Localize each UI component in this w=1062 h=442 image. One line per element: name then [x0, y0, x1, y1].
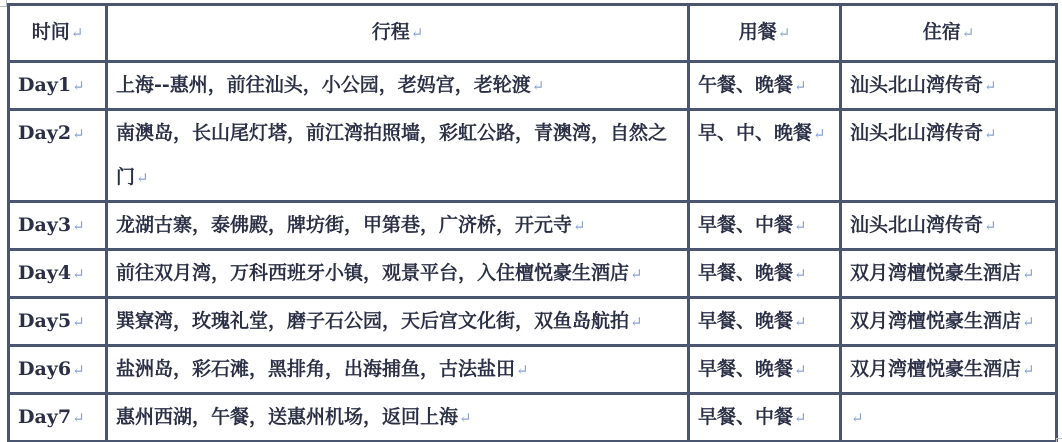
header-stay[interactable]: 住宿↵ — [841, 5, 1057, 62]
route-text: 惠州西湖，午餐，送惠州机场，返回上海 — [116, 406, 458, 428]
day-label: Day5 — [18, 310, 71, 332]
route-text: 巽寮湾，玫瑰礼堂，磨子石公园，天后宫文化街，双鱼岛航拍 — [116, 310, 629, 332]
route-cell[interactable]: 巽寮湾，玫瑰礼堂，磨子石公园，天后宫文化街，双鱼岛航拍↵ — [107, 298, 689, 346]
day-cell[interactable]: Day2↵ — [9, 110, 107, 202]
day-label: Day7 — [18, 406, 71, 428]
header-route[interactable]: 行程↵ — [107, 5, 689, 62]
header-stay-label: 住宿 — [923, 21, 961, 43]
meals-text: 早餐、晚餐 — [698, 358, 793, 380]
header-time-label: 时间 — [32, 21, 70, 43]
meals-text: 早餐、晚餐 — [698, 262, 793, 284]
day-label: Day1 — [18, 74, 71, 96]
day-cell[interactable]: Day6↵ — [9, 346, 107, 394]
day-cell[interactable]: Day7↵ — [9, 394, 107, 442]
stay-text: 双月湾檀悦豪生酒店 — [850, 310, 1021, 332]
stay-text: 汕头北山湾传奇 — [850, 74, 983, 96]
meals-cell[interactable]: 早餐、晚餐↵ — [689, 250, 841, 298]
meals-cell[interactable]: 早餐、中餐↵ — [689, 202, 841, 250]
table-row: Day1↵ 上海--惠州，前往汕头，小公园，老妈宫，老轮渡↵ 午餐、晚餐↵ 汕头… — [9, 62, 1057, 110]
day-label: Day2 — [18, 122, 71, 144]
meals-text: 早餐、中餐 — [698, 406, 793, 428]
paragraph-mark-icon: ↵ — [411, 24, 424, 42]
paragraph-mark-icon: ↵ — [1022, 313, 1035, 331]
route-cell[interactable]: 上海--惠州，前往汕头，小公园，老妈宫，老轮渡↵ — [107, 62, 689, 110]
meals-cell[interactable]: 早餐、晚餐↵ — [689, 346, 841, 394]
table-row: Day2↵ 南澳岛，长山尾灯塔，前江湾拍照墙，彩虹公路，青澳湾，自然之门↵ 早、… — [9, 110, 1057, 202]
meals-text: 早餐、晚餐 — [698, 310, 793, 332]
table-row: Day7↵ 惠州西湖，午餐，送惠州机场，返回上海↵ 早餐、中餐↵ ↵ — [9, 394, 1057, 442]
paragraph-mark-icon: ↵ — [794, 361, 807, 379]
meals-text: 午餐、晚餐 — [698, 74, 793, 96]
paragraph-mark-icon: ↵ — [794, 313, 807, 331]
stay-cell[interactable]: 汕头北山湾传奇↵ — [841, 62, 1057, 110]
stay-cell[interactable]: 双月湾檀悦豪生酒店↵ — [841, 298, 1057, 346]
paragraph-mark-icon: ↵ — [1022, 361, 1035, 379]
table-header-row: 时间↵ 行程↵ 用餐↵ 住宿↵ — [9, 5, 1057, 62]
meals-cell[interactable]: 午餐、晚餐↵ — [689, 62, 841, 110]
stay-cell[interactable]: 双月湾檀悦豪生酒店↵ — [841, 346, 1057, 394]
paragraph-mark-icon: ↵ — [1022, 265, 1035, 283]
day-label: Day3 — [18, 214, 71, 236]
table-row: Day6↵ 盐洲岛，彩石滩，黑排角，出海捕鱼，古法盐田↵ 早餐、晚餐↵ 双月湾檀… — [9, 346, 1057, 394]
stay-text: 双月湾檀悦豪生酒店 — [850, 358, 1021, 380]
paragraph-mark-icon: ↵ — [794, 217, 807, 235]
paragraph-mark-icon: ↵ — [136, 169, 149, 187]
text-boundary-corner-mark — [1056, 438, 1062, 442]
paragraph-mark-icon: ↵ — [532, 77, 545, 95]
day-label: Day4 — [18, 262, 71, 284]
stay-cell[interactable]: 双月湾檀悦豪生酒店↵ — [841, 250, 1057, 298]
paragraph-mark-icon: ↵ — [72, 313, 85, 331]
paragraph-mark-icon: ↵ — [72, 77, 85, 95]
paragraph-mark-icon: ↵ — [851, 409, 864, 427]
paragraph-mark-icon: ↵ — [962, 24, 975, 42]
day-cell[interactable]: Day4↵ — [9, 250, 107, 298]
paragraph-mark-icon: ↵ — [72, 265, 85, 283]
paragraph-mark-icon: ↵ — [794, 409, 807, 427]
header-meals[interactable]: 用餐↵ — [689, 5, 841, 62]
paragraph-mark-icon: ↵ — [813, 125, 826, 143]
paragraph-mark-icon: ↵ — [984, 125, 997, 143]
day-cell[interactable]: Day5↵ — [9, 298, 107, 346]
route-text: 盐洲岛，彩石滩，黑排角，出海捕鱼，古法盐田 — [116, 358, 515, 380]
route-cell[interactable]: 惠州西湖，午餐，送惠州机场，返回上海↵ — [107, 394, 689, 442]
paragraph-mark-icon: ↵ — [72, 125, 85, 143]
paragraph-mark-icon: ↵ — [984, 77, 997, 95]
header-time[interactable]: 时间↵ — [9, 5, 107, 62]
route-cell[interactable]: 南澳岛，长山尾灯塔，前江湾拍照墙，彩虹公路，青澳湾，自然之门↵ — [107, 110, 689, 202]
route-cell[interactable]: 龙湖古寨，泰佛殿，牌坊街，甲第巷，广济桥，开元寺↵ — [107, 202, 689, 250]
meals-cell[interactable]: 早餐、中餐↵ — [689, 394, 841, 442]
route-text: 前往双月湾，万科西班牙小镇，观景平台，入住檀悦豪生酒店 — [116, 262, 629, 284]
route-cell[interactable]: 盐洲岛，彩石滩，黑排角，出海捕鱼，古法盐田↵ — [107, 346, 689, 394]
paragraph-mark-icon: ↵ — [984, 217, 997, 235]
itinerary-table: 时间↵ 行程↵ 用餐↵ 住宿↵ Day1↵ 上海--惠州，前往汕头，小公园，老妈… — [7, 3, 1058, 442]
header-meals-label: 用餐 — [739, 21, 777, 43]
route-cell[interactable]: 前往双月湾，万科西班牙小镇，观景平台，入住檀悦豪生酒店↵ — [107, 250, 689, 298]
meals-text: 早餐、中餐 — [698, 214, 793, 236]
paragraph-mark-icon: ↵ — [573, 217, 586, 235]
table-row: Day5↵ 巽寮湾，玫瑰礼堂，磨子石公园，天后宫文化街，双鱼岛航拍↵ 早餐、晚餐… — [9, 298, 1057, 346]
meals-cell[interactable]: 早、中、晚餐↵ — [689, 110, 841, 202]
text-boundary-corner-mark — [0, 0, 7, 7]
table-row: Day4↵ 前往双月湾，万科西班牙小镇，观景平台，入住檀悦豪生酒店↵ 早餐、晚餐… — [9, 250, 1057, 298]
header-route-label: 行程 — [372, 21, 410, 43]
day-label: Day6 — [18, 358, 71, 380]
paragraph-mark-icon: ↵ — [794, 77, 807, 95]
stay-text: 双月湾檀悦豪生酒店 — [850, 262, 1021, 284]
paragraph-mark-icon: ↵ — [459, 409, 472, 427]
stay-text: 汕头北山湾传奇 — [850, 214, 983, 236]
paragraph-mark-icon: ↵ — [71, 24, 84, 42]
paragraph-mark-icon: ↵ — [794, 265, 807, 283]
stay-text: 汕头北山湾传奇 — [850, 122, 983, 144]
table-row: Day3↵ 龙湖古寨，泰佛殿，牌坊街，甲第巷，广济桥，开元寺↵ 早餐、中餐↵ 汕… — [9, 202, 1057, 250]
paragraph-mark-icon: ↵ — [778, 24, 791, 42]
stay-cell[interactable]: ↵ — [841, 394, 1057, 442]
route-text: 南澳岛，长山尾灯塔，前江湾拍照墙，彩虹公路，青澳湾，自然之门 — [116, 122, 667, 188]
meals-cell[interactable]: 早餐、晚餐↵ — [689, 298, 841, 346]
paragraph-mark-icon: ↵ — [630, 265, 643, 283]
stay-cell[interactable]: 汕头北山湾传奇↵ — [841, 202, 1057, 250]
paragraph-mark-icon: ↵ — [516, 361, 529, 379]
paragraph-mark-icon: ↵ — [630, 313, 643, 331]
route-text: 上海--惠州，前往汕头，小公园，老妈宫，老轮渡 — [116, 74, 531, 96]
stay-cell[interactable]: 汕头北山湾传奇↵ — [841, 110, 1057, 202]
paragraph-mark-icon: ↵ — [72, 409, 85, 427]
meals-text: 早、中、晚餐 — [698, 122, 812, 144]
day-cell[interactable]: Day3↵ — [9, 202, 107, 250]
paragraph-mark-icon: ↵ — [72, 361, 85, 379]
route-text: 龙湖古寨，泰佛殿，牌坊街，甲第巷，广济桥，开元寺 — [116, 214, 572, 236]
day-cell[interactable]: Day1↵ — [9, 62, 107, 110]
paragraph-mark-icon: ↵ — [72, 217, 85, 235]
